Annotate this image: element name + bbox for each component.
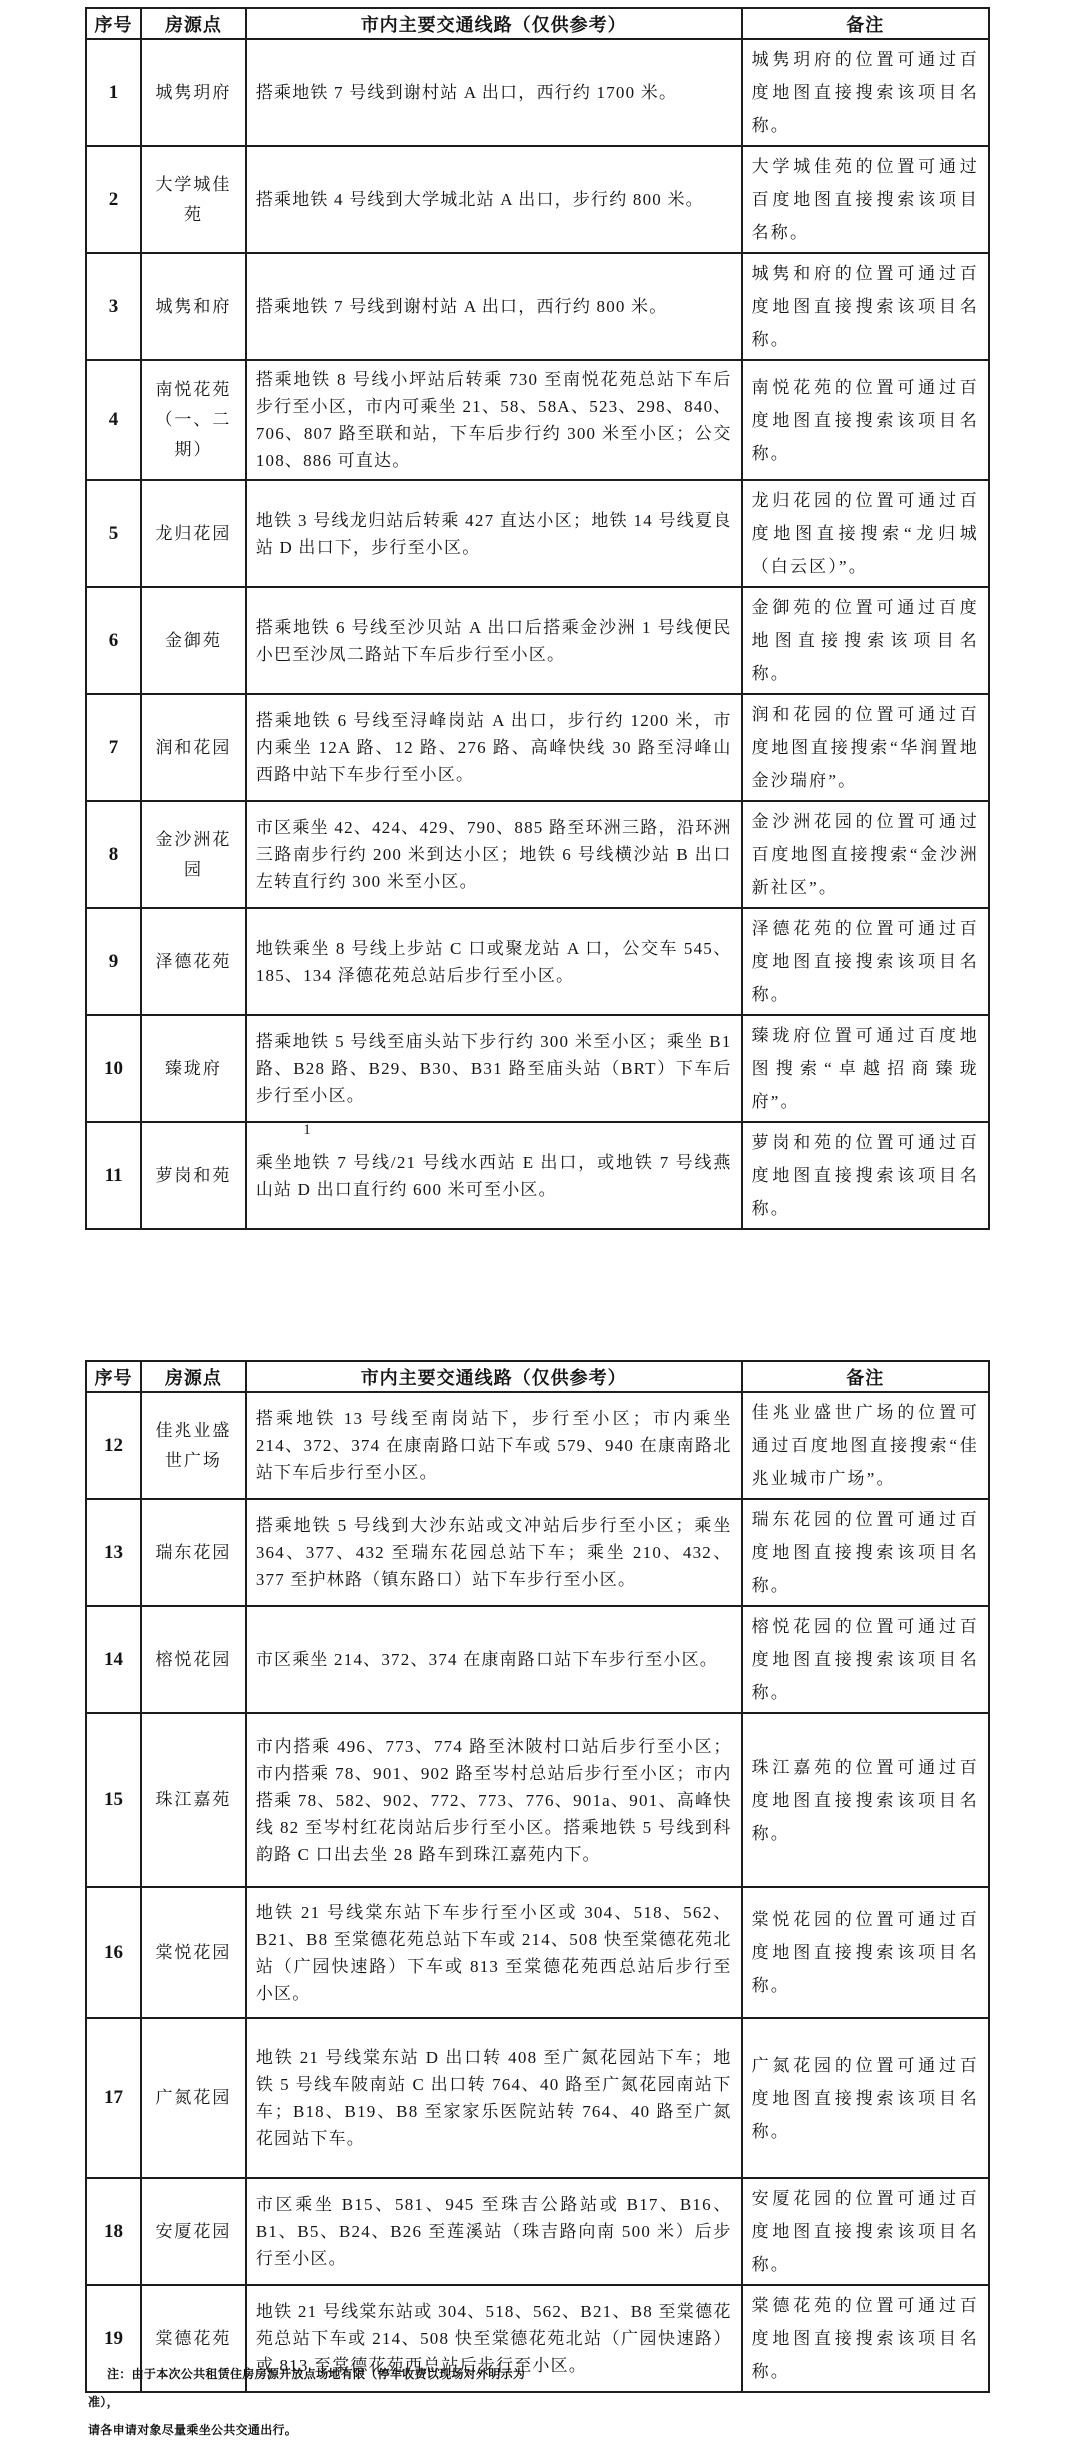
transit-route-cell: 市区乘坐 214、372、374 在康南路口站下车步行至小区。 xyxy=(246,1606,742,1713)
remark-cell: 润和花园的位置可通过百度地图直接搜索“华润置地金沙瑞府”。 xyxy=(742,694,989,801)
transit-route-cell: 搭乘地铁 6 号线至浔峰岗站 A 出口，步行约 1200 米，市内乘坐 12A … xyxy=(246,694,742,801)
table-row: 18安厦花园市区乘坐 B15、581、945 至珠吉公路站或 B17、B16、B… xyxy=(86,2178,989,2285)
page-2-table-container: 序号房源点市内主要交通线路（仅供参考）备注 12佳兆业盛世广场搭乘地铁 13 号… xyxy=(85,1360,990,2393)
site-name-cell: 榕悦花园 xyxy=(141,1606,246,1713)
row-index-cell: 4 xyxy=(86,360,141,480)
remark-cell: 金沙洲花园的位置可通过百度地图直接搜索“金沙洲新社区”。 xyxy=(742,801,989,908)
remark-cell: 榕悦花园的位置可通过百度地图直接搜索该项目名称。 xyxy=(742,1606,989,1713)
footer-note-line2: 请各申请对象尽量乘坐公共交通出行。 xyxy=(88,2423,297,2437)
page-1-table-container: 序号房源点市内主要交通线路（仅供参考）备注 1城隽玥府搭乘地铁 7 号线到谢村站… xyxy=(85,7,990,1230)
remark-cell: 萝岗和苑的位置可通过百度地图直接搜索该项目名称。 xyxy=(742,1122,989,1229)
remark-cell: 金御苑的位置可通过百度地图直接搜索该项目名称。 xyxy=(742,587,989,694)
row-index-cell: 13 xyxy=(86,1499,141,1606)
site-name-cell: 臻珑府 xyxy=(141,1015,246,1122)
table-row: 3城隽和府搭乘地铁 7 号线到谢村站 A 出口，西行约 800 米。城隽和府的位… xyxy=(86,253,989,360)
site-name-cell: 安厦花园 xyxy=(141,2178,246,2285)
transit-route-cell: 搭乘地铁 6 号线至沙贝站 A 出口后搭乘金沙洲 1 号线便民小巴至沙凤二路站下… xyxy=(246,587,742,694)
table-row: 11萝岗和苑乘坐地铁 7 号线/21 号线水西站 E 出口，或地铁 7 号线燕山… xyxy=(86,1122,989,1229)
site-name-cell: 珠江嘉苑 xyxy=(141,1713,246,1887)
table-row: 14榕悦花园市区乘坐 214、372、374 在康南路口站下车步行至小区。榕悦花… xyxy=(86,1606,989,1713)
row-index-cell: 12 xyxy=(86,1392,141,1499)
table-row: 5龙归花园地铁 3 号线龙归站后转乘 427 直达小区；地铁 14 号线夏良站 … xyxy=(86,480,989,587)
table-row: 13瑞东花园搭乘地铁 5 号线到大沙东站或文冲站后步行至小区；乘坐 364、37… xyxy=(86,1499,989,1606)
site-name-cell: 泽德花苑 xyxy=(141,908,246,1015)
remark-cell: 棠悦花园的位置可通过百度地图直接搜索该项目名称。 xyxy=(742,1887,989,2018)
site-name-cell: 城隽玥府 xyxy=(141,39,246,146)
table-row: 17广氮花园地铁 21 号线棠东站 D 出口转 408 至广氮花园站下车；地铁 … xyxy=(86,2018,989,2178)
site-name-cell: 南悦花苑（一、二期） xyxy=(141,360,246,480)
transit-route-cell: 搭乘地铁 7 号线到谢村站 A 出口，西行约 1700 米。 xyxy=(246,39,742,146)
row-index-cell: 1 xyxy=(86,39,141,146)
site-name-cell: 金御苑 xyxy=(141,587,246,694)
header-remark: 备注 xyxy=(742,1361,989,1392)
table-row: 15珠江嘉苑市内搭乘 496、773、774 路至沐陂村口站后步行至小区；市内搭… xyxy=(86,1713,989,1887)
transit-route-cell: 地铁 21 号线棠东站下车步行至小区或 304、518、562、B21、B8 至… xyxy=(246,1887,742,2018)
transit-route-cell: 市区乘坐 42、424、429、790、885 路至环洲三路，沿环洲三路南步行约… xyxy=(246,801,742,908)
transit-route-cell: 搭乘地铁 13 号线至南岗站下，步行至小区；市内乘坐 214、372、374 在… xyxy=(246,1392,742,1499)
site-name-cell: 大学城佳苑 xyxy=(141,146,246,253)
remark-cell: 南悦花苑的位置可通过百度地图直接搜索该项目名称。 xyxy=(742,360,989,480)
table-row: 2大学城佳苑搭乘地铁 4 号线到大学城北站 A 出口，步行约 800 米。大学城… xyxy=(86,146,989,253)
table-row: 7润和花园搭乘地铁 6 号线至浔峰岗站 A 出口，步行约 1200 米，市内乘坐… xyxy=(86,694,989,801)
site-name-cell: 龙归花园 xyxy=(141,480,246,587)
site-name-cell: 城隽和府 xyxy=(141,253,246,360)
transit-route-cell: 地铁 3 号线龙归站后转乘 427 直达小区；地铁 14 号线夏良站 D 出口下… xyxy=(246,480,742,587)
header-remark: 备注 xyxy=(742,8,989,39)
site-name-cell: 广氮花园 xyxy=(141,2018,246,2178)
row-index-cell: 15 xyxy=(86,1713,141,1887)
footer-note: 注：由于本次公共租赁住房房源开放点场地有限（停车收费以现场对外明示为准）， 请各… xyxy=(88,2360,533,2444)
table-row: 6金御苑搭乘地铁 6 号线至沙贝站 A 出口后搭乘金沙洲 1 号线便民小巴至沙凤… xyxy=(86,587,989,694)
table-row: 16棠悦花园地铁 21 号线棠东站下车步行至小区或 304、518、562、B2… xyxy=(86,1887,989,2018)
transit-route-cell: 地铁乘坐 8 号线上步站 C 口或聚龙站 A 口，公交车 545、185、134… xyxy=(246,908,742,1015)
header-row: 序号房源点市内主要交通线路（仅供参考）备注 xyxy=(86,8,989,39)
row-index-cell: 6 xyxy=(86,587,141,694)
table-row: 12佳兆业盛世广场搭乘地铁 13 号线至南岗站下，步行至小区；市内乘坐 214、… xyxy=(86,1392,989,1499)
transit-route-cell: 搭乘地铁 5 号线至庙头站下步行约 300 米至小区；乘坐 B1 路、B28 路… xyxy=(246,1015,742,1122)
remark-cell: 安厦花园的位置可通过百度地图直接搜索该项目名称。 xyxy=(742,2178,989,2285)
row-index-cell: 18 xyxy=(86,2178,141,2285)
site-name-cell: 润和花园 xyxy=(141,694,246,801)
header-route: 市内主要交通线路（仅供参考） xyxy=(246,1361,742,1392)
row-index-cell: 16 xyxy=(86,1887,141,2018)
site-name-cell: 瑞东花园 xyxy=(141,1499,246,1606)
remark-cell: 广氮花园的位置可通过百度地图直接搜索该项目名称。 xyxy=(742,2018,989,2178)
table-row: 8金沙洲花园市区乘坐 42、424、429、790、885 路至环洲三路，沿环洲… xyxy=(86,801,989,908)
housing-transit-table-page2: 序号房源点市内主要交通线路（仅供参考）备注 12佳兆业盛世广场搭乘地铁 13 号… xyxy=(85,1360,990,2393)
row-index-cell: 9 xyxy=(86,908,141,1015)
transit-route-cell: 搭乘地铁 7 号线到谢村站 A 出口，西行约 800 米。 xyxy=(246,253,742,360)
header-row: 序号房源点市内主要交通线路（仅供参考）备注 xyxy=(86,1361,989,1392)
housing-transit-table-page1: 序号房源点市内主要交通线路（仅供参考）备注 1城隽玥府搭乘地铁 7 号线到谢村站… xyxy=(85,7,990,1230)
site-name-cell: 萝岗和苑 xyxy=(141,1122,246,1229)
table-row: 4南悦花苑（一、二期）搭乘地铁 8 号线小坪站后转乘 730 至南悦花苑总站下车… xyxy=(86,360,989,480)
remark-cell: 城隽和府的位置可通过百度地图直接搜索该项目名称。 xyxy=(742,253,989,360)
site-name-cell: 金沙洲花园 xyxy=(141,801,246,908)
row-index-cell: 10 xyxy=(86,1015,141,1122)
table-row: 10臻珑府搭乘地铁 5 号线至庙头站下步行约 300 米至小区；乘坐 B1 路、… xyxy=(86,1015,989,1122)
table-row: 9泽德花苑地铁乘坐 8 号线上步站 C 口或聚龙站 A 口，公交车 545、18… xyxy=(86,908,989,1015)
header-seq: 序号 xyxy=(86,8,141,39)
table-row: 1城隽玥府搭乘地铁 7 号线到谢村站 A 出口，西行约 1700 米。城隽玥府的… xyxy=(86,39,989,146)
remark-cell: 瑞东花园的位置可通过百度地图直接搜索该项目名称。 xyxy=(742,1499,989,1606)
row-index-cell: 8 xyxy=(86,801,141,908)
remark-cell: 珠江嘉苑的位置可通过百度地图直接搜索该项目名称。 xyxy=(742,1713,989,1887)
remark-cell: 棠德花苑的位置可通过百度地图直接搜索该项目名称。 xyxy=(742,2285,989,2392)
transit-route-cell: 市区乘坐 B15、581、945 至珠吉公路站或 B17、B16、B1、B5、B… xyxy=(246,2178,742,2285)
page-number: 1 xyxy=(285,1122,329,1139)
remark-cell: 泽德花苑的位置可通过百度地图直接搜索该项目名称。 xyxy=(742,908,989,1015)
row-index-cell: 14 xyxy=(86,1606,141,1713)
row-index-cell: 3 xyxy=(86,253,141,360)
header-seq: 序号 xyxy=(86,1361,141,1392)
row-index-cell: 5 xyxy=(86,480,141,587)
remark-cell: 城隽玥府的位置可通过百度地图直接搜索该项目名称。 xyxy=(742,39,989,146)
header-site: 房源点 xyxy=(141,1361,246,1392)
transit-route-cell: 搭乘地铁 4 号线到大学城北站 A 出口，步行约 800 米。 xyxy=(246,146,742,253)
row-index-cell: 11 xyxy=(86,1122,141,1229)
row-index-cell: 2 xyxy=(86,146,141,253)
header-route: 市内主要交通线路（仅供参考） xyxy=(246,8,742,39)
row-index-cell: 7 xyxy=(86,694,141,801)
transit-route-cell: 搭乘地铁 8 号线小坪站后转乘 730 至南悦花苑总站下车后步行至小区，市内可乘… xyxy=(246,360,742,480)
header-site: 房源点 xyxy=(141,8,246,39)
site-name-cell: 佳兆业盛世广场 xyxy=(141,1392,246,1499)
transit-route-cell: 地铁 21 号线棠东站 D 出口转 408 至广氮花园站下车；地铁 5 号线车陂… xyxy=(246,2018,742,2178)
remark-cell: 大学城佳苑的位置可通过百度地图直接搜索该项目名称。 xyxy=(742,146,989,253)
site-name-cell: 棠悦花园 xyxy=(141,1887,246,2018)
transit-route-cell: 搭乘地铁 5 号线到大沙东站或文冲站后步行至小区；乘坐 364、377、432 … xyxy=(246,1499,742,1606)
remark-cell: 佳兆业盛世广场的位置可通过百度地图直接搜索“佳兆业城市广场”。 xyxy=(742,1392,989,1499)
transit-route-cell: 市内搭乘 496、773、774 路至沐陂村口站后步行至小区；市内搭乘 78、9… xyxy=(246,1713,742,1887)
row-index-cell: 17 xyxy=(86,2018,141,2178)
footer-note-line1: 注：由于本次公共租赁住房房源开放点场地有限（停车收费以现场对外明示为准）， xyxy=(88,2367,525,2409)
remark-cell: 龙归花园的位置可通过百度地图直接搜索“龙归城（白云区）”。 xyxy=(742,480,989,587)
remark-cell: 臻珑府位置可通过百度地图搜索“卓越招商臻珑府”。 xyxy=(742,1015,989,1122)
